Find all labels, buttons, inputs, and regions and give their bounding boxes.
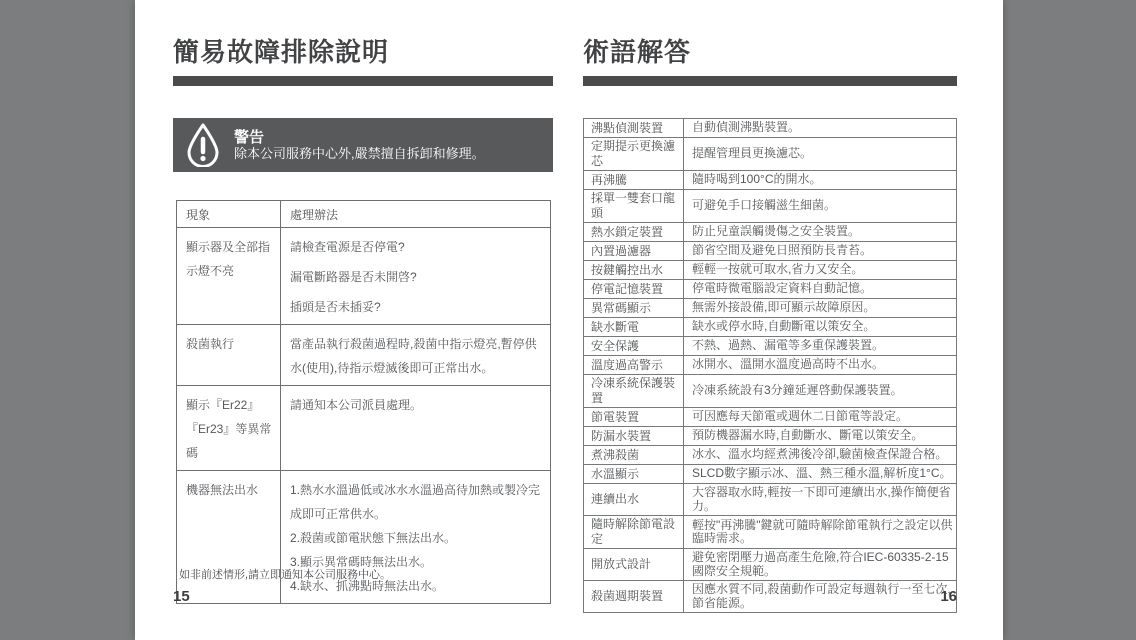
term-cell: 溫度過高警示 — [584, 356, 684, 375]
symptom-header: 現象 — [177, 201, 281, 228]
glossary-row: 隨時解除節電設定輕按"再沸騰"鍵就可隨時解除節電執行之設定以供臨時需求。 — [584, 516, 957, 549]
definition-cell: 輕按"再沸騰"鍵就可隨時解除節電執行之設定以供臨時需求。 — [684, 516, 957, 549]
remedy-line: 請通知本公司派員處理。 — [290, 393, 546, 417]
glossary-row: 異常碼顯示無需外接設備,即可顯示故障原因。 — [584, 299, 957, 318]
term-cell: 按鍵觸控出水 — [584, 261, 684, 280]
remedy-line: 插頭是否未插妥? — [290, 295, 546, 319]
term-cell: 採單一雙套口龍頭 — [584, 190, 684, 223]
remedy-cell: 請檢查電源是否停電?漏電斷路器是否未開啓?插頭是否未插妥? — [281, 228, 551, 325]
glossary-row: 採單一雙套口龍頭可避免手口接觸滋生細菌。 — [584, 190, 957, 223]
term-cell: 冷凍系統保護裝置 — [584, 375, 684, 408]
glossary-row: 缺水斷電缺水或停水時,自動斷電以策安全。 — [584, 318, 957, 337]
definition-cell: 冰水、溫水均經煮沸後冷卻,驗菌檢查保證合格。 — [684, 446, 957, 465]
term-cell: 開放式設計 — [584, 549, 684, 581]
definition-cell: 防止兒童誤觸燙傷之安全裝置。 — [684, 223, 957, 242]
table-row: 機器無法出水1.熱水水溫過低或冰水水溫過高待加熱或製冷完成即可正常供水。2.殺菌… — [177, 471, 551, 604]
term-cell: 節電裝置 — [584, 408, 684, 427]
term-cell: 缺水斷電 — [584, 318, 684, 337]
glossary-table: 沸點偵測裝置自動偵測沸點裝置。定期提示更換濾芯提醒管理員更換濾芯。再沸騰隨時喝到… — [583, 118, 957, 613]
term-cell: 隨時解除節電設定 — [584, 516, 684, 549]
table-row: 殺菌執行當產品執行殺菌過程時,殺菌中指示燈亮,暫停供水(使用),待指示燈滅後即可… — [177, 325, 551, 386]
warning-text-block: 警告 除本公司服務中心外,嚴禁擅自拆卸和修理。 — [234, 129, 485, 162]
glossary-row: 定期提示更換濾芯提醒管理員更換濾芯。 — [584, 138, 957, 171]
table-row: 顯示器及全部指示燈不亮請檢查電源是否停電?漏電斷路器是否未開啓?插頭是否未插妥? — [177, 228, 551, 325]
glossary-row: 熱水鎖定裝置防止兒童誤觸燙傷之安全裝置。 — [584, 223, 957, 242]
remedy-line: 當產品執行殺菌過程時,殺菌中指示燈亮,暫停供水(使用),待指示燈滅後即可正常出水… — [290, 332, 546, 380]
troubleshooting-table: 現象 處理辦法 顯示器及全部指示燈不亮請檢查電源是否停電?漏電斷路器是否未開啓?… — [176, 200, 551, 604]
glossary-row: 開放式設計避免密閉壓力過高產生危險,符合IEC-60335-2-15國際安全規範… — [584, 549, 957, 581]
glossary-row: 連續出水大容器取水時,輕按一下即可連續出水,操作簡便省力。 — [584, 484, 957, 516]
term-cell: 熱水鎖定裝置 — [584, 223, 684, 242]
term-cell: 異常碼顯示 — [584, 299, 684, 318]
remedy-cell: 1.熱水水溫過低或冰水水溫過高待加熱或製冷完成即可正常供水。2.殺菌或節電狀態下… — [281, 471, 551, 604]
definition-cell: 避免密閉壓力過高產生危險,符合IEC-60335-2-15國際安全規範。 — [684, 549, 957, 581]
definition-cell: 自動偵測沸點裝置。 — [684, 119, 957, 138]
term-cell: 安全保護 — [584, 337, 684, 356]
symptom-cell: 殺菌執行 — [177, 325, 281, 386]
definition-cell: 無需外接設備,即可顯示故障原因。 — [684, 299, 957, 318]
remedy-header: 處理辦法 — [281, 201, 551, 228]
definition-cell: SLCD數字顯示冰、溫、熱三種水溫,解析度1°C。 — [684, 465, 957, 484]
definition-cell: 冷凍系統設有3分鐘延遲啓動保護裝置。 — [684, 375, 957, 408]
page-number-left: 15 — [173, 588, 190, 605]
remedy-line: 請檢查電源是否停電? — [290, 235, 546, 259]
definition-cell: 可避免手口接觸滋生細菌。 — [684, 190, 957, 223]
glossary-row: 再沸騰隨時喝到100°C的開水。 — [584, 171, 957, 190]
glossary-row: 冷凍系統保護裝置冷凍系統設有3分鐘延遲啓動保護裝置。 — [584, 375, 957, 408]
remedy-cell: 請通知本公司派員處理。 — [281, 386, 551, 471]
symptom-cell: 顯示『Er22』『Er23』等異常碼 — [177, 386, 281, 471]
glossary-row: 停電記憶裝置停電時微電腦設定資料自動記憶。 — [584, 280, 957, 299]
troubleshooting-title: 簡易故障排除說明 — [173, 32, 389, 69]
symptom-cell: 顯示器及全部指示燈不亮 — [177, 228, 281, 325]
title-rule-left — [173, 76, 553, 86]
definition-cell: 輕輕一按就可取水,省力又安全。 — [684, 261, 957, 280]
title-rule-right — [583, 76, 957, 86]
glossary-title: 術語解答 — [583, 32, 691, 69]
symptom-cell: 機器無法出水 — [177, 471, 281, 604]
definition-cell: 大容器取水時,輕按一下即可連續出水,操作簡便省力。 — [684, 484, 957, 516]
definition-cell: 節省空間及避免日照預防長青苔。 — [684, 242, 957, 261]
glossary-row: 安全保護不熱、過熱、漏電等多重保護裝置。 — [584, 337, 957, 356]
definition-cell: 冰開水、溫開水溫度過高時不出水。 — [684, 356, 957, 375]
table-row: 顯示『Er22』『Er23』等異常碼請通知本公司派員處理。 — [177, 386, 551, 471]
glossary-row: 溫度過高警示冰開水、溫開水溫度過高時不出水。 — [584, 356, 957, 375]
warning-heading: 警告 — [234, 129, 485, 146]
glossary-row: 水溫顯示SLCD數字顯示冰、溫、熱三種水溫,解析度1°C。 — [584, 465, 957, 484]
term-cell: 水溫顯示 — [584, 465, 684, 484]
remedy-line: 2.殺菌或節電狀態下無法出水。 — [290, 526, 546, 550]
term-cell: 煮沸殺菌 — [584, 446, 684, 465]
troubleshooting-footnote: 如非前述情形,請立即通知本公司服務中心。 — [179, 566, 391, 582]
definition-cell: 缺水或停水時,自動斷電以策安全。 — [684, 318, 957, 337]
term-cell: 定期提示更換濾芯 — [584, 138, 684, 171]
glossary-row: 節電裝置可因應每天節電或週休二日節電等設定。 — [584, 408, 957, 427]
definition-cell: 預防機器漏水時,自動斷水、斷電以策安全。 — [684, 427, 957, 446]
manual-spread: 簡易故障排除說明 警告 除本公司服務中心外,嚴禁擅自拆卸和修理。 現象 處理辦法… — [135, 0, 1003, 640]
term-cell: 再沸騰 — [584, 171, 684, 190]
definition-cell: 可因應每天節電或週休二日節電等設定。 — [684, 408, 957, 427]
term-cell: 停電記憶裝置 — [584, 280, 684, 299]
term-cell: 連續出水 — [584, 484, 684, 516]
term-cell: 沸點偵測裝置 — [584, 119, 684, 138]
glossary-row: 內置過濾器節省空間及避免日照預防長青苔。 — [584, 242, 957, 261]
glossary-row: 按鍵觸控出水輕輕一按就可取水,省力又安全。 — [584, 261, 957, 280]
definition-cell: 提醒管理員更換濾芯。 — [684, 138, 957, 171]
definition-cell: 停電時微電腦設定資料自動記憶。 — [684, 280, 957, 299]
glossary-row: 沸點偵測裝置自動偵測沸點裝置。 — [584, 119, 957, 138]
glossary-row: 煮沸殺菌冰水、溫水均經煮沸後冷卻,驗菌檢查保證合格。 — [584, 446, 957, 465]
page-number-right: 16 — [583, 588, 957, 605]
glossary-row: 防漏水裝置預防機器漏水時,自動斷水、斷電以策安全。 — [584, 427, 957, 446]
warning-box: 警告 除本公司服務中心外,嚴禁擅自拆卸和修理。 — [173, 118, 553, 172]
definition-cell: 不熱、過熱、漏電等多重保護裝置。 — [684, 337, 957, 356]
drop-exclamation-icon — [186, 123, 220, 167]
term-cell: 防漏水裝置 — [584, 427, 684, 446]
table-header-row: 現象 處理辦法 — [177, 201, 551, 228]
remedy-line: 漏電斷路器是否未開啓? — [290, 265, 546, 289]
term-cell: 內置過濾器 — [584, 242, 684, 261]
remedy-line: 1.熱水水溫過低或冰水水溫過高待加熱或製冷完成即可正常供水。 — [290, 478, 546, 526]
warning-message: 除本公司服務中心外,嚴禁擅自拆卸和修理。 — [234, 146, 485, 162]
remedy-cell: 當產品執行殺菌過程時,殺菌中指示燈亮,暫停供水(使用),待指示燈滅後即可正常出水… — [281, 325, 551, 386]
definition-cell: 隨時喝到100°C的開水。 — [684, 171, 957, 190]
